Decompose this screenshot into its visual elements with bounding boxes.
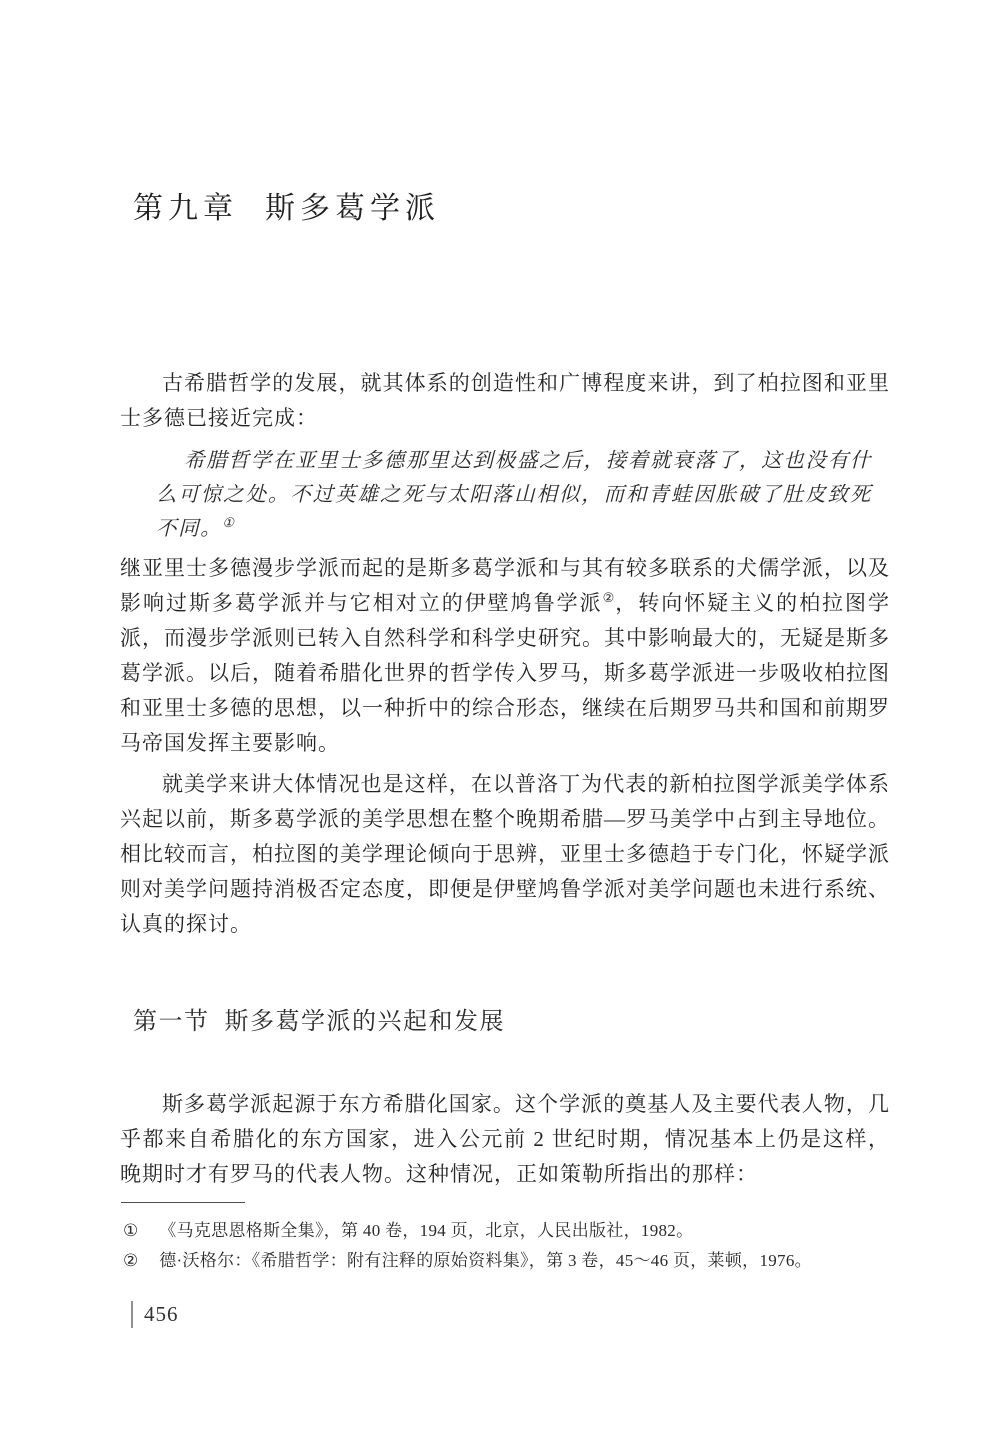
book-page: 第九章斯多葛学派 古希腊哲学的发展，就其体系的创造性和广博程度来讲，到了柏拉图和…: [0, 0, 1008, 1437]
footnote-1: ① 《马克思恩格斯全集》，第 40 卷，194 页，北京，人民出版社，1982。: [120, 1216, 890, 1246]
quote-text: 希腊哲学在亚里士多德那里达到极盛之后，接着就衰落了，这也没有什么可惊之处。不过英…: [156, 450, 872, 540]
page-footer: 456: [131, 1299, 179, 1329]
chapter-name: 斯多葛学派: [265, 192, 440, 225]
chapter-number: 第九章: [133, 192, 238, 225]
section-number: 第一节: [133, 1008, 210, 1035]
paragraph-stoic-schools: 继亚里士多德漫步学派而起的是斯多葛学派和与其有较多联系的犬儒学派，以及影响过斯多…: [120, 551, 890, 761]
footnote-1-marker: ①: [123, 1216, 138, 1246]
paragraph-origin: 斯多葛学派起源于东方希腊化国家。这个学派的奠基人及主要代表人物，几乎都来自希腊化…: [120, 1087, 890, 1192]
footnote-divider: [121, 1202, 245, 1203]
footnote-ref-2: ②: [603, 590, 616, 605]
footnote-2-text: 德·沃格尔：《希腊哲学：附有注释的原始资料集》，第 3 卷，45～46 页，莱顿…: [159, 1246, 890, 1276]
section-name: 斯多葛学派的兴起和发展: [225, 1008, 506, 1035]
footnote-2: ② 德·沃格尔：《希腊哲学：附有注释的原始资料集》，第 3 卷，45～46 页，…: [120, 1246, 890, 1276]
footnote-ref-1: ①: [222, 515, 234, 530]
text-block: 第九章斯多葛学派 古希腊哲学的发展，就其体系的创造性和广博程度来讲，到了柏拉图和…: [0, 191, 1008, 1276]
section-title: 第一节斯多葛学派的兴起和发展: [133, 1006, 890, 1038]
footnote-2-marker: ②: [123, 1246, 138, 1276]
paragraph-stoic-part2: ，转向怀疑主义的柏拉图学派，而漫步学派则已转入自然科学和科学史研究。其中影响最大…: [120, 591, 890, 755]
paragraph-intro: 古希腊哲学的发展，就其体系的创造性和广博程度来讲，到了柏拉图和亚里士多德已接近完…: [120, 366, 890, 436]
chapter-title: 第九章斯多葛学派: [133, 191, 890, 227]
footer-rule: [131, 1301, 133, 1328]
footnotes-section: ① 《马克思恩格斯全集》，第 40 卷，194 页，北京，人民出版社，1982。…: [120, 1202, 890, 1276]
page-number: 456: [144, 1302, 179, 1327]
paragraph-aesthetics: 就美学来讲大体情况也是这样，在以普洛丁为代表的新柏拉图学派美学体系兴起以前，斯多…: [120, 767, 890, 942]
block-quote: 希腊哲学在亚里士多德那里达到极盛之后，接着就衰落了，这也没有什么可惊之处。不过英…: [156, 444, 872, 546]
footnote-1-text: 《马克思恩格斯全集》，第 40 卷，194 页，北京，人民出版社，1982。: [159, 1216, 890, 1246]
